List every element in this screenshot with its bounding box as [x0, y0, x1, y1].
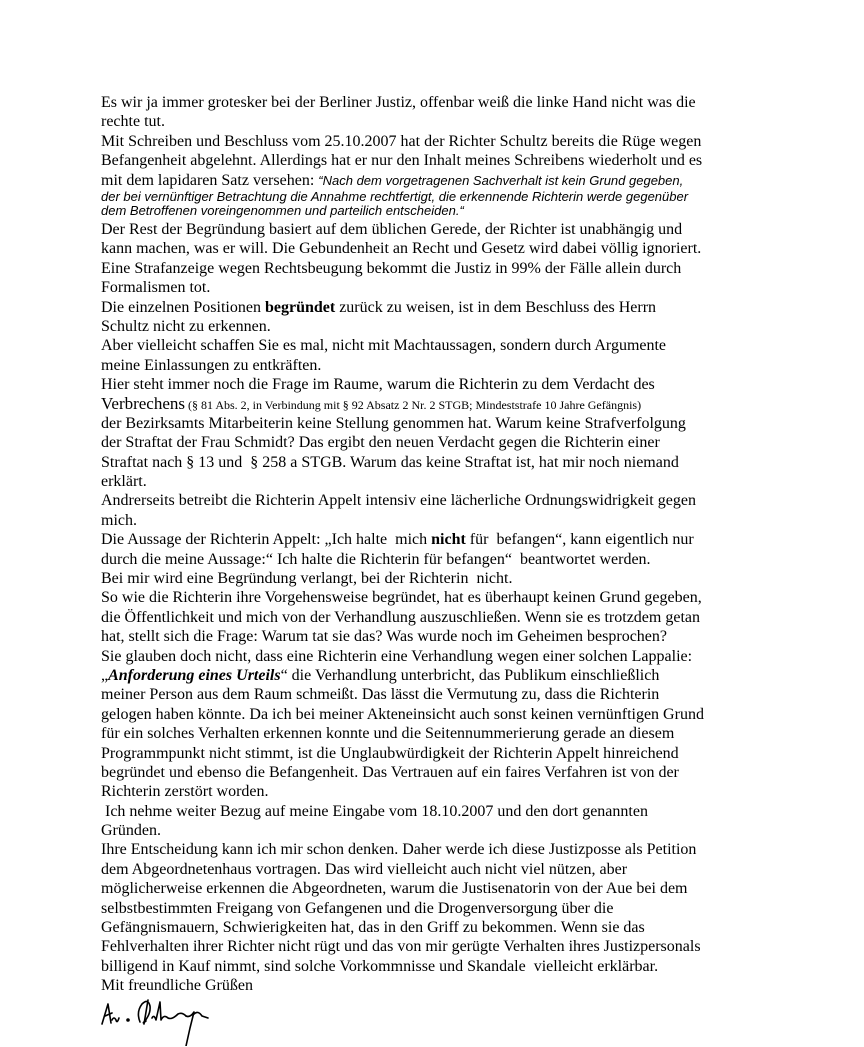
text-line: Andrerseits betreibt die Richterin Appel…	[101, 491, 801, 510]
text-line: Programmpunkt nicht stimmt, ist die Ungl…	[101, 744, 801, 763]
text-line: selbstbestimmten Freigang von Gefangenen…	[101, 899, 801, 918]
text-segment: Die einzelnen Positionen	[101, 299, 265, 316]
text-line: begründet und ebenso die Befangenheit. D…	[101, 763, 801, 782]
text-line: Eine Strafanzeige wegen Rechtsbeugung be…	[101, 259, 801, 278]
text-line: mich.	[101, 511, 801, 530]
quote-intro-line: mit dem lapidaren Satz versehen: “Nach d…	[101, 171, 801, 190]
bold-italic-emphasis: Anforderung eines Urteils	[108, 667, 280, 684]
bold-emphasis: nicht	[431, 531, 466, 548]
text-line: „Anforderung eines Urteils“ die Verhandl…	[101, 666, 801, 685]
text-line: dem Abgeordnetenhaus vortragen. Das wird…	[101, 860, 801, 879]
quote-line: dem Betroffenen voreingenommen und parte…	[101, 204, 801, 219]
text-segment: “ die Verhandlung unterbricht, das Publi…	[281, 667, 660, 684]
text-segment: zurück zu weisen, ist in dem Beschluss d…	[335, 299, 656, 316]
text-line: Der Rest der Begründung basiert auf dem …	[101, 220, 801, 239]
text-line: möglicherweise erkennen die Abgeordneten…	[101, 879, 801, 898]
text-line: Es wir ja immer grotesker bei der Berlin…	[101, 93, 801, 112]
text-segment: für befangen“, kann eigentlich nur	[466, 531, 694, 548]
text-line: Die Aussage der Richterin Appelt: „Ich h…	[101, 530, 801, 549]
bold-emphasis: begründet	[265, 299, 335, 316]
text-line: durch die meine Aussage:“ Ich halte die …	[101, 550, 801, 569]
quote-line: der bei vernünftiger Betrachtung die Ann…	[101, 190, 801, 205]
text-line: meine Einlassungen zu entkräften.	[101, 356, 801, 375]
text-line: meiner Person aus dem Raum schmeißt. Das…	[101, 685, 801, 704]
quote-text: Nach dem vorgetragenen Sachverhalt ist k…	[323, 173, 684, 188]
text-segment: Die Aussage der Richterin Appelt: „Ich h…	[101, 531, 431, 548]
signature-icon	[98, 994, 248, 1046]
text-line: Mit Schreiben und Beschluss vom 25.10.20…	[101, 132, 801, 151]
text-segment: Verbrechens	[101, 394, 185, 413]
text-line: Bei mir wird eine Begründung verlangt, b…	[101, 569, 801, 588]
closing-line: Mit freundliche Grüßen	[101, 976, 801, 995]
text-line: So wie die Richterin ihre Vorgehensweise…	[101, 588, 801, 607]
text-line: Hier steht immer noch die Frage im Raume…	[101, 375, 801, 394]
text-line: Straftat nach § 13 und § 258 a STGB. War…	[101, 453, 801, 472]
text-line: Formalismen tot.	[101, 278, 801, 297]
text-line: gelogen haben könnte. Da ich bei meiner …	[101, 705, 801, 724]
text-line: Die einzelnen Positionen begründet zurüc…	[101, 298, 801, 317]
text-line: Fehlverhalten ihrer Richter nicht rügt u…	[101, 937, 801, 956]
text-line: für ein solches Verhalten erkennen konnt…	[101, 724, 801, 743]
text-line: der Straftat der Frau Schmidt? Das ergib…	[101, 433, 801, 452]
text-line: erklärt.	[101, 472, 801, 491]
text-line: Schultz nicht zu erkennen.	[101, 317, 801, 336]
legal-citation: (§ 81 Abs. 2, in Verbindung mit § 92 Abs…	[185, 398, 641, 412]
text-line: Befangenheit abgelehnt. Allerdings hat e…	[101, 151, 801, 170]
text-line: die Öffentlichkeit und mich von der Verh…	[101, 608, 801, 627]
text-line: Aber vielleicht schaffen Sie es mal, nic…	[101, 336, 801, 355]
text-line: Ich nehme weiter Bezug auf meine Eingabe…	[101, 802, 801, 821]
text-line: der Bezirksamts Mitarbeiterin keine Stel…	[101, 414, 801, 433]
letter-body: Es wir ja immer grotesker bei der Berlin…	[101, 93, 801, 996]
text-line: Richterin zerstört worden.	[101, 782, 801, 801]
quote-intro: mit dem lapidaren Satz versehen:	[101, 172, 318, 189]
text-line: Ihre Entscheidung kann ich mir schon den…	[101, 840, 801, 859]
text-line: Gefängnismauern, Schwierigkeiten hat, da…	[101, 918, 801, 937]
text-line: rechte tut.	[101, 112, 801, 131]
text-line: kann machen, was er will. Die Gebundenhe…	[101, 239, 801, 258]
text-line: Verbrechens (§ 81 Abs. 2, in Verbindung …	[101, 394, 801, 413]
text-line: hat, stellt sich die Frage: Warum tat si…	[101, 627, 801, 646]
text-line: Gründen.	[101, 821, 801, 840]
text-line: billigend in Kauf nimmt, sind solche Vor…	[101, 957, 801, 976]
text-line: Sie glauben doch nicht, dass eine Richte…	[101, 647, 801, 666]
